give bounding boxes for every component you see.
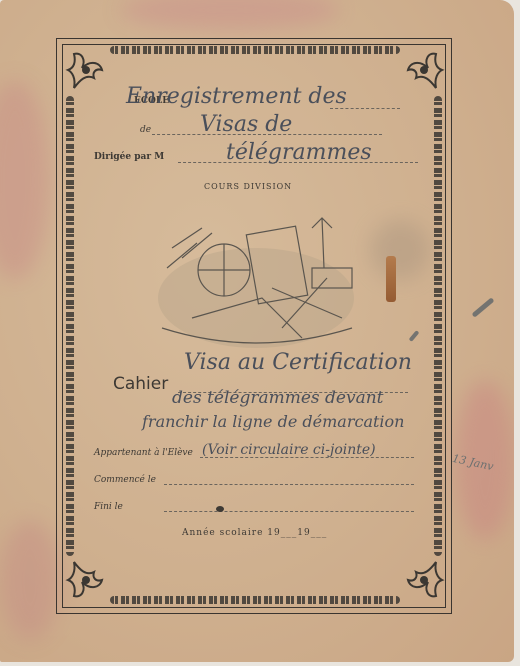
chain-border-top bbox=[110, 46, 400, 54]
rust-staple-mark bbox=[386, 256, 396, 302]
fleur-de-lis-corner-icon bbox=[396, 554, 446, 604]
chain-border-bottom bbox=[110, 596, 400, 604]
fleur-de-lis-corner-icon bbox=[64, 46, 114, 96]
de-label: de bbox=[140, 125, 151, 135]
fleur-de-lis-corner-icon bbox=[396, 46, 446, 96]
cours-division-label: COURS DIVISION bbox=[204, 182, 292, 191]
appartenant-handwritten: (Voir circulaire ci-jointe) bbox=[202, 442, 376, 458]
annee-scolaire-label: Année scolaire 19___19___ bbox=[182, 528, 327, 538]
appartenant-label: Appartenant à l'Elève bbox=[94, 448, 193, 458]
cahier-handwritten-line2: des télégrammes devant bbox=[172, 388, 384, 408]
commence-label: Commencé le bbox=[94, 475, 156, 485]
fini-line bbox=[164, 511, 414, 512]
handwritten-title-line3: télégrammes bbox=[226, 140, 372, 165]
handwritten-title-line1: Enregistrement des bbox=[126, 84, 347, 109]
chain-border-left bbox=[66, 96, 74, 556]
fleur-de-lis-corner-icon bbox=[64, 554, 114, 604]
handwritten-title-line2: Visas de bbox=[200, 112, 292, 137]
cahier-handwritten-line1: Visa au Certification bbox=[184, 350, 412, 375]
ink-blot bbox=[216, 506, 224, 512]
school-supplies-illustration bbox=[152, 208, 360, 354]
commence-line bbox=[164, 484, 414, 485]
cahier-handwritten-line3: franchir la ligne de démarcation bbox=[142, 412, 404, 431]
ink-mark bbox=[471, 297, 494, 318]
stain-left bbox=[0, 80, 50, 280]
cahier-label: Cahier bbox=[113, 374, 168, 394]
dirigee-label: Dirigée par M bbox=[94, 152, 164, 162]
stain-bottom-left bbox=[0, 520, 60, 640]
chain-border-right bbox=[434, 96, 442, 556]
stain-top bbox=[120, 0, 340, 30]
fini-label: Fini le bbox=[94, 502, 123, 512]
notebook-cover: ECOLE de Dirigée par M COURS DIVISION En… bbox=[0, 0, 514, 662]
